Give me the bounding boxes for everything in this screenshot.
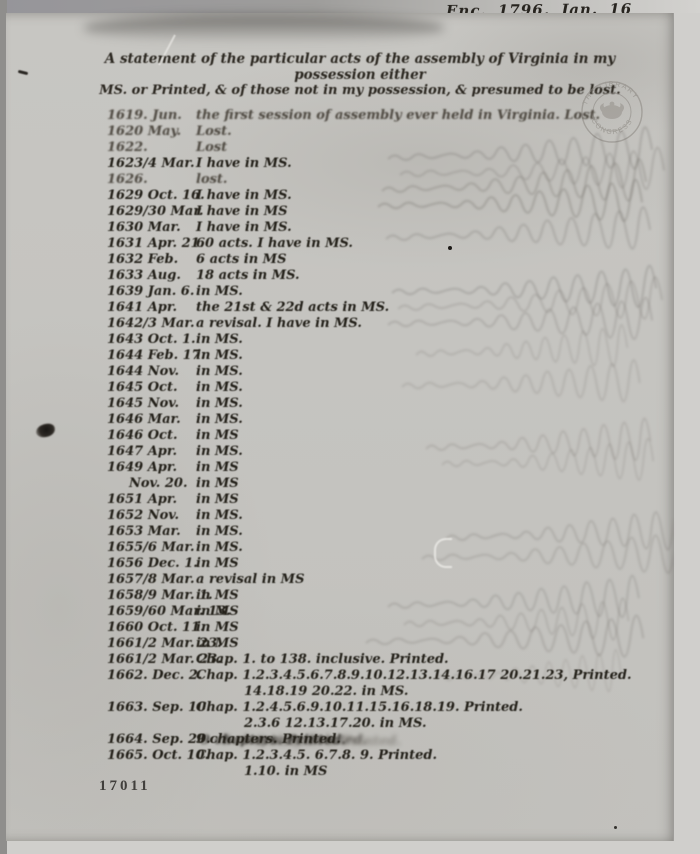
date-cell: 1641 Apr.: [107, 300, 196, 315]
date-cell: 1631 Apr. 21.: [107, 236, 196, 251]
list-row: 1652 Nov.in MS.: [107, 508, 632, 524]
list-row: 1664. Sep. 20.9 chapters. Printed.: [107, 732, 632, 748]
date-cell: 1646 Oct.: [107, 428, 196, 443]
note-cell: 60 acts. I have in MS.: [196, 236, 353, 251]
list-row: 1644 Feb. 17.in MS.: [107, 348, 632, 364]
date-cell: 1642/3 Mar.: [107, 316, 196, 331]
note-cell: in MS.: [196, 396, 243, 411]
scanned-page: Enc. 1796, Jan. 16 A statement of the pa…: [0, 0, 700, 854]
date-cell: Nov. 20.: [107, 476, 196, 491]
list-row: 1639 Jan. 6.in MS.: [107, 284, 632, 300]
list-row: 1629 Oct. 16.I have in MS.: [107, 188, 632, 204]
date-cell: 1656 Dec. 1.: [107, 556, 196, 571]
note-cell: in MS: [196, 604, 239, 619]
date-cell: 1659/60 Mar. 13.: [107, 604, 196, 619]
note-cell: 1.10. in MS: [244, 764, 327, 779]
date-cell: 1646 Mar.: [107, 412, 196, 427]
note-cell: 14.18.19 20.22. in MS.: [244, 684, 408, 699]
note-cell: in MS.: [196, 364, 243, 379]
list-row: 1626.lost.: [107, 172, 632, 188]
list-row: 1632 Feb.6 acts in MS: [107, 252, 632, 268]
note-cell: 9 chapters. Printed.: [196, 732, 341, 747]
note-cell: in MS.: [196, 508, 243, 523]
note-cell: in MS: [196, 460, 239, 475]
note-cell: Chap. 1.2.3.4.5.6.7.8.9.10.12.13.14.16.1…: [196, 668, 632, 683]
list-row: 1623/4 Mar.I have in MS.: [107, 156, 632, 172]
note-cell: in MS: [196, 492, 239, 507]
note-cell: 2.3.6 12.13.17.20. in MS.: [244, 716, 426, 731]
list-row: 1647 Apr.in MS.: [107, 444, 632, 460]
date-cell: 1620 May.: [107, 124, 196, 139]
date-cell: 1663. Sep. 10.: [107, 700, 196, 715]
note-cell: in MS.: [196, 412, 243, 427]
list-row: 1.10. in MS: [107, 764, 632, 780]
list-row: 1629/30 Mar.I have in MS: [107, 204, 632, 220]
date-cell: 1662. Dec. 2.: [107, 668, 196, 683]
note-cell: in MS.: [196, 444, 243, 459]
note-cell: in MS: [196, 476, 239, 491]
date-cell: 1629 Oct. 16.: [107, 188, 196, 203]
list-row: Nov. 20.in MS: [107, 476, 632, 492]
date-cell: 1632 Feb.: [107, 252, 196, 267]
note-cell: I have in MS: [196, 204, 288, 219]
note-cell: in MS.: [196, 540, 243, 555]
list-row: 1631 Apr. 21.60 acts. I have in MS.: [107, 236, 632, 252]
list-row: 1645 Nov.in MS.: [107, 396, 632, 412]
date-cell: 1658/9 Mar. 1.: [107, 588, 196, 603]
list-row: 14.18.19 20.22. in MS.: [107, 684, 632, 700]
date-cell: 1639 Jan. 6.: [107, 284, 196, 299]
date-cell: 1647 Apr.: [107, 444, 196, 459]
note-cell: in MS.: [196, 284, 243, 299]
date-cell: 1649 Apr.: [107, 460, 196, 475]
list-row: 1646 Mar.in MS.: [107, 412, 632, 428]
date-cell: 1643 Oct. 1.: [107, 332, 196, 347]
date-cell: 1622.: [107, 140, 196, 155]
note-cell: a revisal in MS: [196, 572, 304, 587]
note-cell: the 21st & 22d acts in MS.: [196, 300, 389, 315]
date-cell: 1626.: [107, 172, 196, 187]
paper-scratch: [434, 538, 452, 568]
note-cell: in MS: [196, 556, 239, 571]
date-cell: 1661/2 Mar. 23.: [107, 652, 196, 667]
list-row: 1655/6 Mar.in MS.: [107, 540, 632, 556]
date-cell: 1623/4 Mar.: [107, 156, 196, 171]
list-row: 1649 Apr.in MS: [107, 460, 632, 476]
list-row: 1643 Oct. 1.in MS.: [107, 332, 632, 348]
note-cell: in MS.: [196, 348, 243, 363]
list-row: 1641 Apr.the 21st & 22d acts in MS.: [107, 300, 632, 316]
date-cell: 1645 Oct.: [107, 380, 196, 395]
date-cell: 1653 Mar.: [107, 524, 196, 539]
date-cell: 1619. Jun.: [107, 108, 196, 123]
date-cell: 1652 Nov.: [107, 508, 196, 523]
note-cell: Chap. 1. to 138. inclusive. Printed.: [196, 652, 449, 667]
acts-list: 1619. Jun.the first session of assembly …: [107, 108, 632, 780]
list-row: 1656 Dec. 1.in MS: [107, 556, 632, 572]
note-cell: in MS: [196, 588, 239, 603]
date-cell: 1660 Oct. 11.: [107, 620, 196, 635]
list-row: 1660 Oct. 11.in MS: [107, 620, 632, 636]
manuscript-paper: A statement of the particular acts of th…: [6, 13, 674, 841]
date-cell: 1651 Apr.: [107, 492, 196, 507]
note-cell: 18 acts in MS.: [196, 268, 300, 283]
note-cell: in MS.: [196, 380, 243, 395]
date-cell: 1629/30 Mar.: [107, 204, 196, 219]
ink-speck: [614, 826, 617, 829]
date-cell: 1657/8 Mar.: [107, 572, 196, 587]
list-row: 1630 Mar.I have in MS.: [107, 220, 632, 236]
date-cell: 1661/2 Mar. 23.: [107, 636, 196, 651]
date-cell: 1644 Feb. 17.: [107, 348, 196, 363]
list-row: 1642/3 Mar.a revisal. I have in MS.: [107, 316, 632, 332]
list-row: 1645 Oct.in MS.: [107, 380, 632, 396]
date-cell: 1665. Oct. 10.: [107, 748, 196, 763]
note-cell: in MS.: [196, 524, 243, 539]
list-row: 1661/2 Mar. 23.Chap. 1. to 138. inclusiv…: [107, 652, 632, 668]
date-cell: 1633 Aug.: [107, 268, 196, 283]
note-cell: a revisal. I have in MS.: [196, 316, 362, 331]
ink-speck: [448, 246, 452, 250]
date-cell: 1645 Nov.: [107, 396, 196, 411]
list-row: 1644 Nov.in MS.: [107, 364, 632, 380]
list-row: 1662. Dec. 2.Chap. 1.2.3.4.5.6.7.8.9.10.…: [107, 668, 632, 684]
note-cell: I have in MS.: [196, 220, 292, 235]
date-cell: 1664. Sep. 20.: [107, 732, 196, 747]
date-cell: 1655/6 Mar.: [107, 540, 196, 555]
note-cell: the first session of assembly ever held …: [196, 108, 600, 123]
note-cell: I have in MS.: [196, 156, 292, 171]
note-cell: in MS.: [196, 332, 243, 347]
list-row: 1633 Aug.18 acts in MS.: [107, 268, 632, 284]
list-row: 1653 Mar.in MS.: [107, 524, 632, 540]
note-cell: in MS: [196, 620, 239, 635]
page-number-stamp: 17011: [99, 778, 151, 795]
date-cell: 1644 Nov.: [107, 364, 196, 379]
note-cell: 6 acts in MS: [196, 252, 286, 267]
list-row: 1620 May.Lost.: [107, 124, 632, 140]
list-row: 1659/60 Mar. 13.in MS: [107, 604, 632, 620]
note-cell: Lost: [196, 140, 227, 155]
note-cell: lost.: [196, 172, 227, 187]
list-row: 1661/2 Mar. 23.in MS: [107, 636, 632, 652]
list-row: 1651 Apr.in MS: [107, 492, 632, 508]
note-cell: Lost.: [196, 124, 232, 139]
list-row: 1658/9 Mar. 1.in MS: [107, 588, 632, 604]
note-cell: in MS: [196, 428, 239, 443]
note-cell: in MS: [196, 636, 239, 651]
date-cell: 1630 Mar.: [107, 220, 196, 235]
note-cell: Chap. 1.2.3.4.5. 6.7.8. 9. Printed.: [196, 748, 437, 763]
list-row: 1665. Oct. 10.Chap. 1.2.3.4.5. 6.7.8. 9.…: [107, 748, 632, 764]
list-row: 1619. Jun.the first session of assembly …: [107, 108, 632, 124]
list-row: 1663. Sep. 10.Chap. 1.2.4.5.6.9.10.11.15…: [107, 700, 632, 716]
list-row: 1646 Oct.in MS: [107, 428, 632, 444]
list-row: 2.3.6 12.13.17.20. in MS.: [107, 716, 632, 732]
list-row: 1657/8 Mar.a revisal in MS: [107, 572, 632, 588]
list-row: 1622.Lost: [107, 140, 632, 156]
note-cell: Chap. 1.2.4.5.6.9.10.11.15.16.18.19. Pri…: [196, 700, 523, 715]
note-cell: I have in MS.: [196, 188, 292, 203]
